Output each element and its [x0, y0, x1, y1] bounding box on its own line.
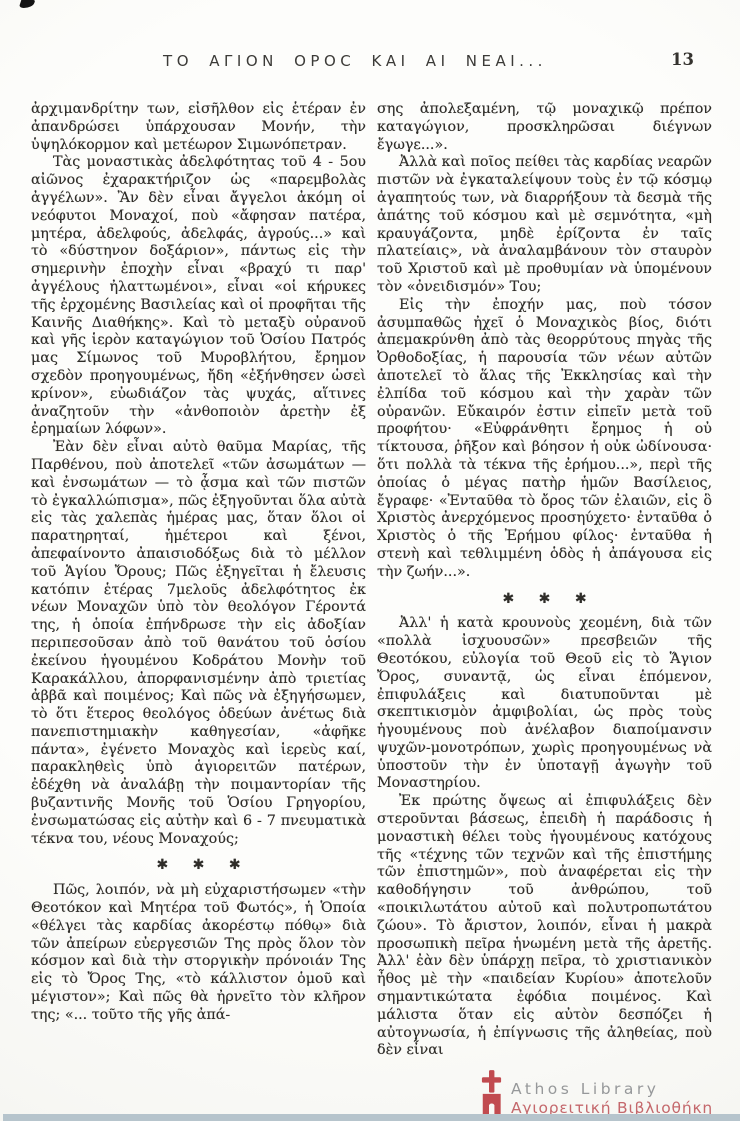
scan-bottom-bar — [3, 1114, 740, 1121]
section-divider: ✱ ✱ ✱ — [31, 857, 366, 875]
paragraph: Τὰς μοναστικὰς ἀδελφότητας τοῦ 4 - 5ου α… — [31, 154, 366, 439]
paragraph: ἀρχιμανδρίτην των, εἰσῆλθον εἰς ἑτέραν ἐ… — [31, 101, 366, 154]
paragraph: Ἐκ πρώτης ὄψεως αἱ ἐπιφυλάξεις δὲν στερο… — [377, 793, 712, 1060]
page-number: 13 — [671, 50, 694, 69]
watermark-text: Athos Library Αγιορειτική Βιβλιοθήκη — [511, 1080, 713, 1118]
paragraph: Ἀλλ' ἡ κατὰ κρουνοὺς χεομένη, διὰ τῶν «π… — [377, 615, 712, 793]
running-header-title: ΤΟ ΑΓΙΟΝ ΟΡΟC ΚΑΙ ΑΙ ΝΕΑΙ... — [100, 52, 610, 70]
paragraph: Ἀλλὰ καὶ ποῖος πείθει τὰς καρδίας νεαρῶν… — [377, 154, 712, 296]
paragraph: σης ἀπολεξαμένη, τῷ μοναχικῷ πρέπον κατα… — [377, 101, 712, 154]
athos-library-watermark: Athos Library Αγιορειτική Βιβλιοθήκη — [479, 1070, 713, 1118]
right-column: σης ἀπολεξαμένη, τῷ μοναχικῷ πρέπον κατα… — [377, 101, 712, 1073]
left-column: ἀρχιμανδρίτην των, εἰσῆλθον εἰς ἑτέραν ἐ… — [31, 101, 366, 1073]
scan-ink-mark — [19, 0, 36, 8]
text-columns: ἀρχιμανδρίτην των, εἰσῆλθον εἰς ἑτέραν ἐ… — [31, 101, 713, 1073]
athos-cross-logo — [479, 1070, 504, 1117]
watermark-text-en: Athos Library — [511, 1080, 713, 1099]
book-page: ΤΟ ΑΓΙΟΝ ΟΡΟC ΚΑΙ ΑΙ ΝΕΑΙ... 13 ἀρχιμανδ… — [0, 0, 740, 1121]
section-divider: ✱ ✱ ✱ — [377, 591, 712, 609]
paragraph: Πῶς, λοιπόν, νὰ μὴ εὐχαριστήσωμεν «τὴν Θ… — [31, 882, 366, 1024]
paragraph: Εἰς τὴν ἐποχήν μας, ποὺ τόσον ἀσυμπαθῶς … — [377, 297, 712, 582]
paragraph: Ἐὰν δὲν εἶναι αὐτὸ θαῦμα Μαρίας, τῆς Παρ… — [31, 439, 366, 848]
